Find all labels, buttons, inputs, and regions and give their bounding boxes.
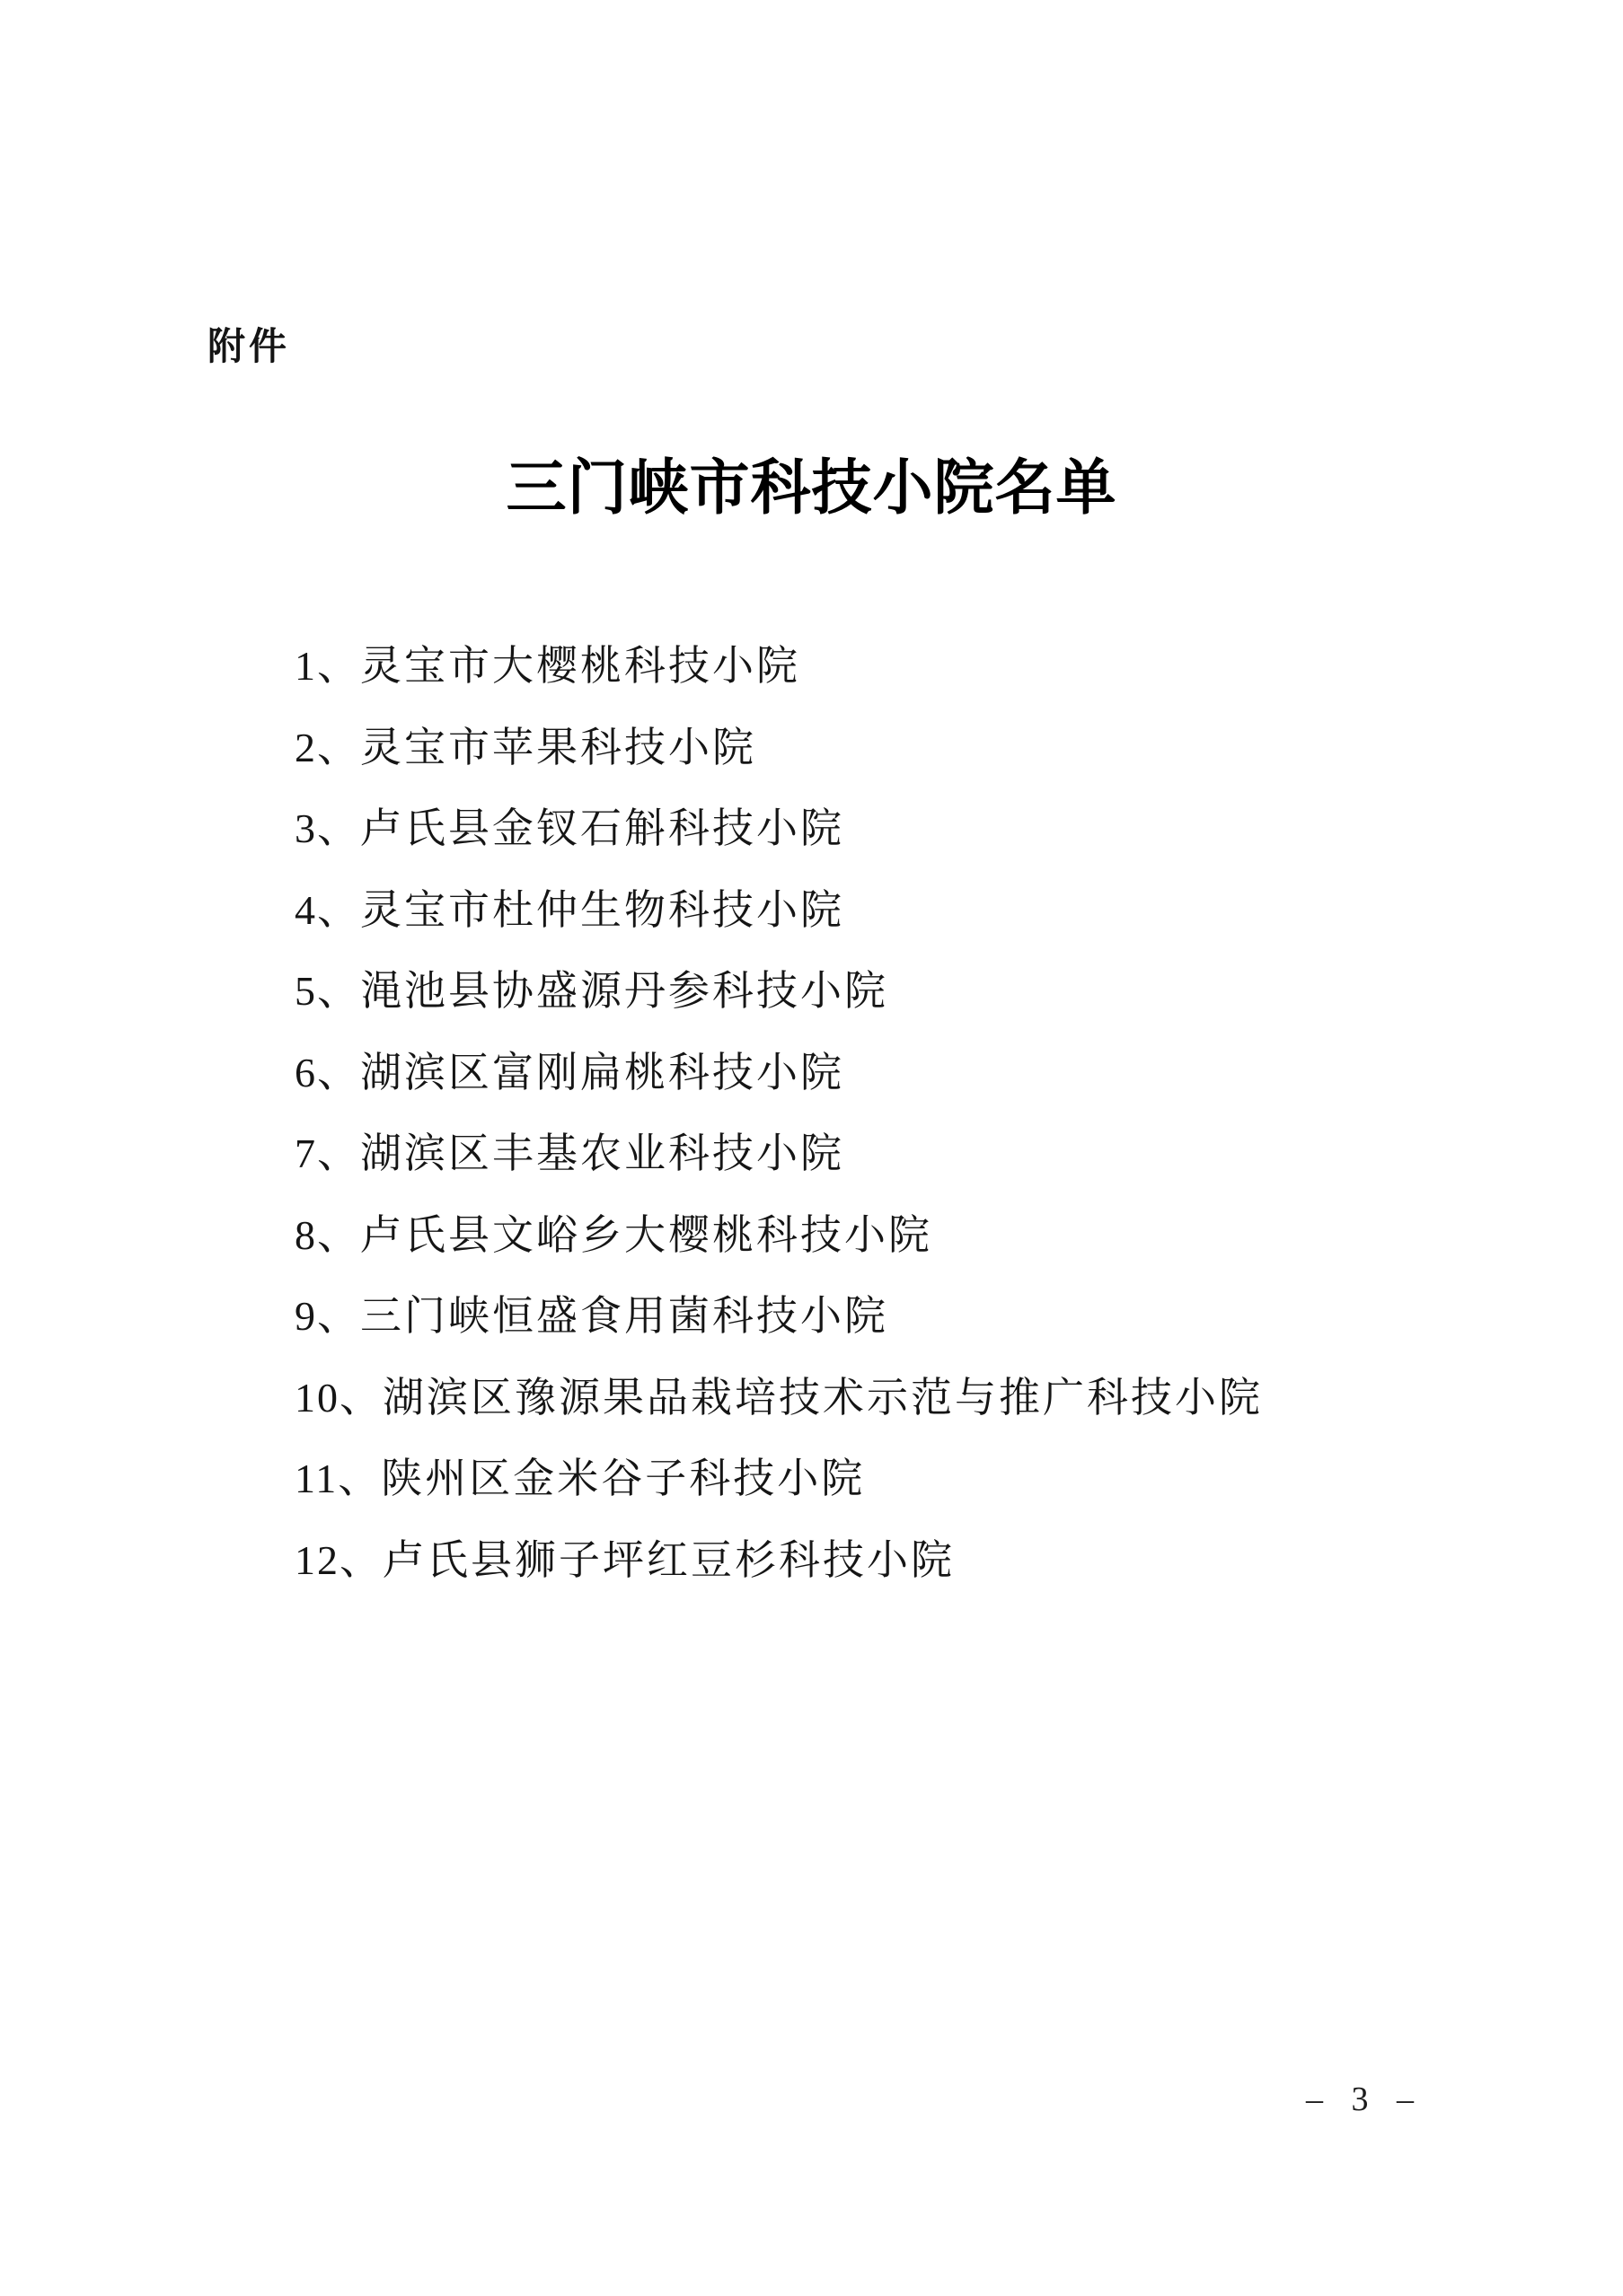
list-item-text: 陕州区金米谷子科技小院 (381, 1446, 865, 1505)
list-item: 11、陕州区金米谷子科技小院 (295, 1435, 1515, 1517)
list-item: 8、卢氏县文峪乡大樱桃科技小院 (295, 1192, 1515, 1273)
list-item-number: 3、 (295, 796, 360, 855)
list-item-number: 1、 (295, 633, 360, 692)
list-item-text: 灵宝市大樱桃科技小院 (360, 633, 800, 692)
list-item-text: 卢氏县文峪乡大樱桃科技小院 (360, 1202, 932, 1262)
list-item-number: 8、 (295, 1202, 360, 1262)
list-item-text: 湖滨区富刚扁桃科技小院 (360, 1040, 844, 1099)
page-number: – 3 – (1306, 2080, 1416, 2119)
list-item: 6、湖滨区富刚扁桃科技小院 (295, 1029, 1515, 1111)
list-item-text: 渑池县协盛源丹参科技小院 (360, 958, 888, 1017)
list-item-number: 9、 (295, 1283, 360, 1342)
list-item: 12、卢氏县狮子坪红豆杉科技小院 (295, 1517, 1515, 1598)
list-item-text: 灵宝市杜仲生物科技小院 (360, 877, 844, 937)
list-item: 1、灵宝市大樱桃科技小院 (295, 622, 1515, 704)
document-page: 附件 三门峡市科技小院名单 1、灵宝市大樱桃科技小院 2、灵宝市苹果科技小院 3… (0, 0, 1623, 2296)
list-item: 7、湖滨区丰基农业科技小院 (295, 1110, 1515, 1192)
list-item: 4、灵宝市杜仲生物科技小院 (295, 866, 1515, 948)
list-item: 10、湖滨区豫源果品栽培技术示范与推广科技小院 (295, 1354, 1515, 1436)
list-item-number: 2、 (295, 715, 360, 774)
list-item: 2、灵宝市苹果科技小院 (295, 704, 1515, 786)
list-item-text: 卢氏县金钗石斛科技小院 (360, 796, 844, 855)
list-item-text: 湖滨区丰基农业科技小院 (360, 1121, 844, 1180)
attachment-label: 附件 (207, 325, 290, 368)
list-item-number: 10、 (295, 1365, 383, 1424)
list-item-text: 卢氏县狮子坪红豆杉科技小院 (383, 1527, 955, 1587)
list-item: 9、三门峡恒盛食用菌科技小院 (295, 1272, 1515, 1354)
page-title: 三门峡市科技小院名单 (0, 451, 1623, 526)
list-item-text: 灵宝市苹果科技小院 (360, 715, 756, 774)
courtyard-list: 1、灵宝市大樱桃科技小院 2、灵宝市苹果科技小院 3、卢氏县金钗石斛科技小院 4… (295, 622, 1515, 1597)
list-item: 3、卢氏县金钗石斛科技小院 (295, 785, 1515, 866)
list-item-text: 湖滨区豫源果品栽培技术示范与推广科技小院 (383, 1365, 1263, 1424)
list-item-number: 6、 (295, 1040, 360, 1099)
list-item-number: 4、 (295, 877, 360, 937)
list-item-number: 5、 (295, 958, 360, 1017)
list-item-number: 11、 (295, 1446, 381, 1505)
list-item: 5、渑池县协盛源丹参科技小院 (295, 947, 1515, 1029)
list-item-number: 12、 (295, 1527, 383, 1587)
list-item-number: 7、 (295, 1121, 360, 1180)
list-item-text: 三门峡恒盛食用菌科技小院 (360, 1283, 888, 1342)
